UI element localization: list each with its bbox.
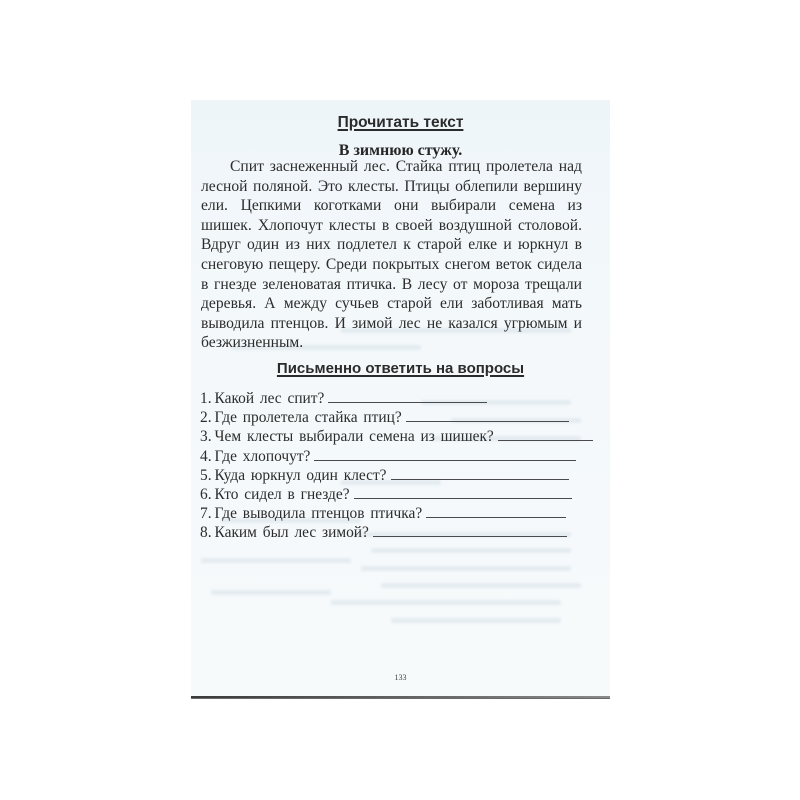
reading-heading: Прочитать текст — [191, 114, 610, 132]
question-text: Куда юркнул один клест? — [215, 467, 387, 485]
question-number: 1. — [200, 390, 212, 408]
question-number: 8. — [200, 524, 212, 542]
question-item: 4. Где хлопочут? — [200, 447, 585, 466]
question-item: 8. Каким был лес зимой? — [200, 523, 585, 542]
answer-field[interactable] — [391, 466, 569, 480]
answer-field[interactable] — [328, 389, 487, 403]
answer-field[interactable] — [406, 408, 569, 422]
answer-field[interactable] — [426, 504, 566, 518]
image-canvas: Прочитать текст В зимнюю стужу. Спит зас… — [0, 0, 800, 800]
question-number: 4. — [200, 448, 212, 466]
answer-field[interactable] — [354, 485, 572, 499]
answer-field[interactable] — [314, 447, 576, 461]
question-item: 7. Где выводила птенцов птичка? — [200, 504, 585, 523]
question-text: Каким был лес зимой? — [215, 524, 369, 542]
questions-heading: Письменно ответить на вопросы — [191, 360, 610, 377]
question-text: Кто сидел в гнезде? — [215, 486, 350, 504]
page-number: 133 — [191, 673, 610, 682]
question-number: 2. — [200, 409, 212, 427]
question-text: Чем клесты выбирали семена из шишек? — [215, 428, 494, 446]
question-number: 7. — [200, 505, 212, 523]
question-number: 6. — [200, 486, 212, 504]
question-item: 5. Куда юркнул один клест? — [200, 466, 585, 485]
question-text: Где хлопочут? — [215, 448, 311, 466]
question-number: 5. — [200, 467, 212, 485]
answer-field[interactable] — [498, 427, 593, 441]
question-text: Где пролетела стайка птиц? — [215, 409, 402, 427]
answer-field[interactable] — [373, 523, 567, 537]
question-text: Какой лес спит? — [215, 390, 325, 408]
question-item: 2. Где пролетела стайка птиц? — [200, 408, 585, 427]
questions-list: 1. Какой лес спит? 2. Где пролетела стай… — [200, 389, 585, 543]
question-item: 6. Кто сидел в гнезде? — [200, 485, 585, 504]
question-number: 3. — [200, 428, 212, 446]
story-paragraph: Спит заснеженный лес. Стайка птиц пролет… — [201, 157, 582, 353]
workbook-page: Прочитать текст В зимнюю стужу. Спит зас… — [191, 100, 610, 698]
question-text: Где выводила птенцов птичка? — [215, 505, 423, 523]
question-item: 3. Чем клесты выбирали семена из шишек? — [200, 427, 585, 446]
question-item: 1. Какой лес спит? — [200, 389, 585, 408]
